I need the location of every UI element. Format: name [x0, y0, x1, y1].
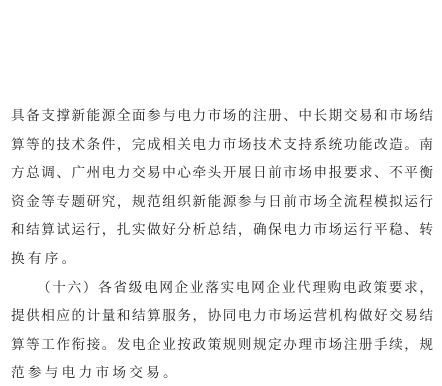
text-line: 资金等专题研究，规范组织新能源参与日前市场全流程模拟运行: [11, 188, 433, 217]
paragraph-16: （十六）各省级电网企业落实电网企业代理购电政策要求， 提供相应的计量和结算服务，…: [11, 274, 433, 386]
paragraph-1: 具备支撑新能源全面参与电力市场的注册、中长期交易和市场结 算等的技术条件，完成相…: [11, 102, 433, 274]
text-line: （十六）各省级电网企业落实电网企业代理购电政策要求，: [11, 274, 433, 303]
text-line: 换有序。: [11, 245, 433, 274]
text-line: 具备支撑新能源全面参与电力市场的注册、中长期交易和市场结: [11, 102, 433, 131]
text-line: 算等工作衔接。发电企业按政策规则规定办理市场注册手续，规: [11, 331, 433, 360]
text-line: 和结算试运行，扎实做好分析总结，确保电力市场运行平稳、转: [11, 216, 433, 245]
document-page: 具备支撑新能源全面参与电力市场的注册、中长期交易和市场结 算等的技术条件，完成相…: [0, 0, 442, 386]
text-line: 提供相应的计量和结算服务，协同电力市场运营机构做好交易结: [11, 302, 433, 331]
text-line: 方总调、广州电力交易中心牵头开展日前市场申报要求、不平衡: [11, 159, 433, 188]
text-line: 算等的技术条件，完成相关电力市场技术支持系统功能改造。南: [11, 131, 433, 160]
text-line: 范参与电力市场交易。: [11, 359, 433, 386]
document-body: 具备支撑新能源全面参与电力市场的注册、中长期交易和市场结 算等的技术条件，完成相…: [11, 102, 433, 386]
